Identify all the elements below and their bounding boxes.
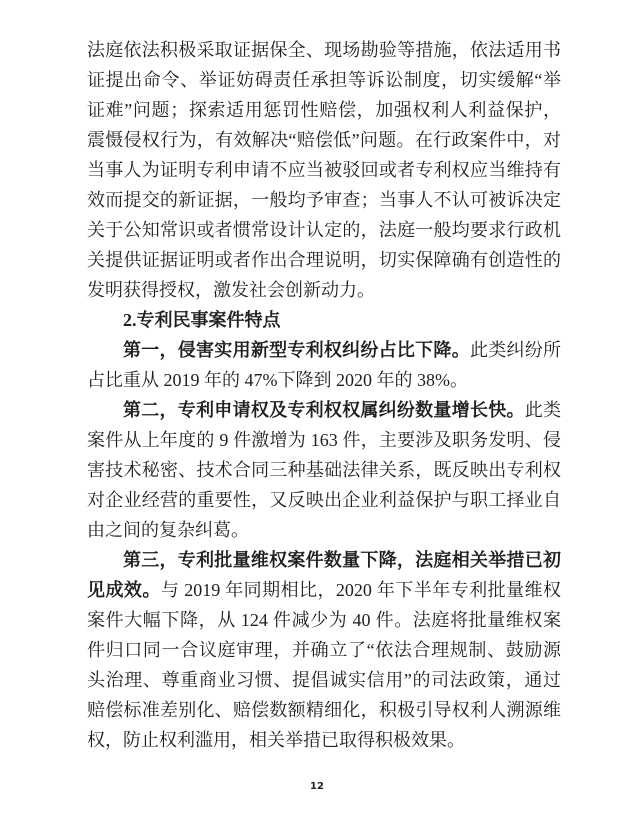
point2-lead: 第二，专利申请权及专利权权属纠纷数量增长快。 [123,400,525,420]
point3-body: 与 2019 年同期相比，2020 年下半年专利批量维权案件大幅下降，从 124… [87,580,561,750]
paragraph-continuation: 法庭依法积极采取证据保全、现场勘验等措施，依法适用书证提出命令、举证妨碍责任承担… [87,35,561,305]
paragraph-point2: 第二，专利申请权及专利权权属纠纷数量增长快。此类案件从上年度的 9 件激增为 1… [87,395,561,545]
point1-lead: 第一，侵害实用新型专利权纠纷占比下降。 [123,340,470,360]
document-page: 法庭依法积极采取证据保全、现场勘验等措施，依法适用书证提出命令、举证妨碍责任承担… [0,0,634,831]
point2-body: 此类案件从上年度的 9 件激增为 163 件，主要涉及职务发明、侵害技术秘密、技… [87,400,561,540]
paragraph-point3: 第三，专利批量维权案件数量下降，法庭相关举措已初见成效。与 2019 年同期相比… [87,545,561,755]
page-number: 12 [0,781,634,792]
section-heading: 2.专利民事案件特点 [87,305,561,335]
paragraph-point1: 第一，侵害实用新型专利权纠纷占比下降。此类纠纷所占比重从 2019 年的 47%… [87,335,561,395]
